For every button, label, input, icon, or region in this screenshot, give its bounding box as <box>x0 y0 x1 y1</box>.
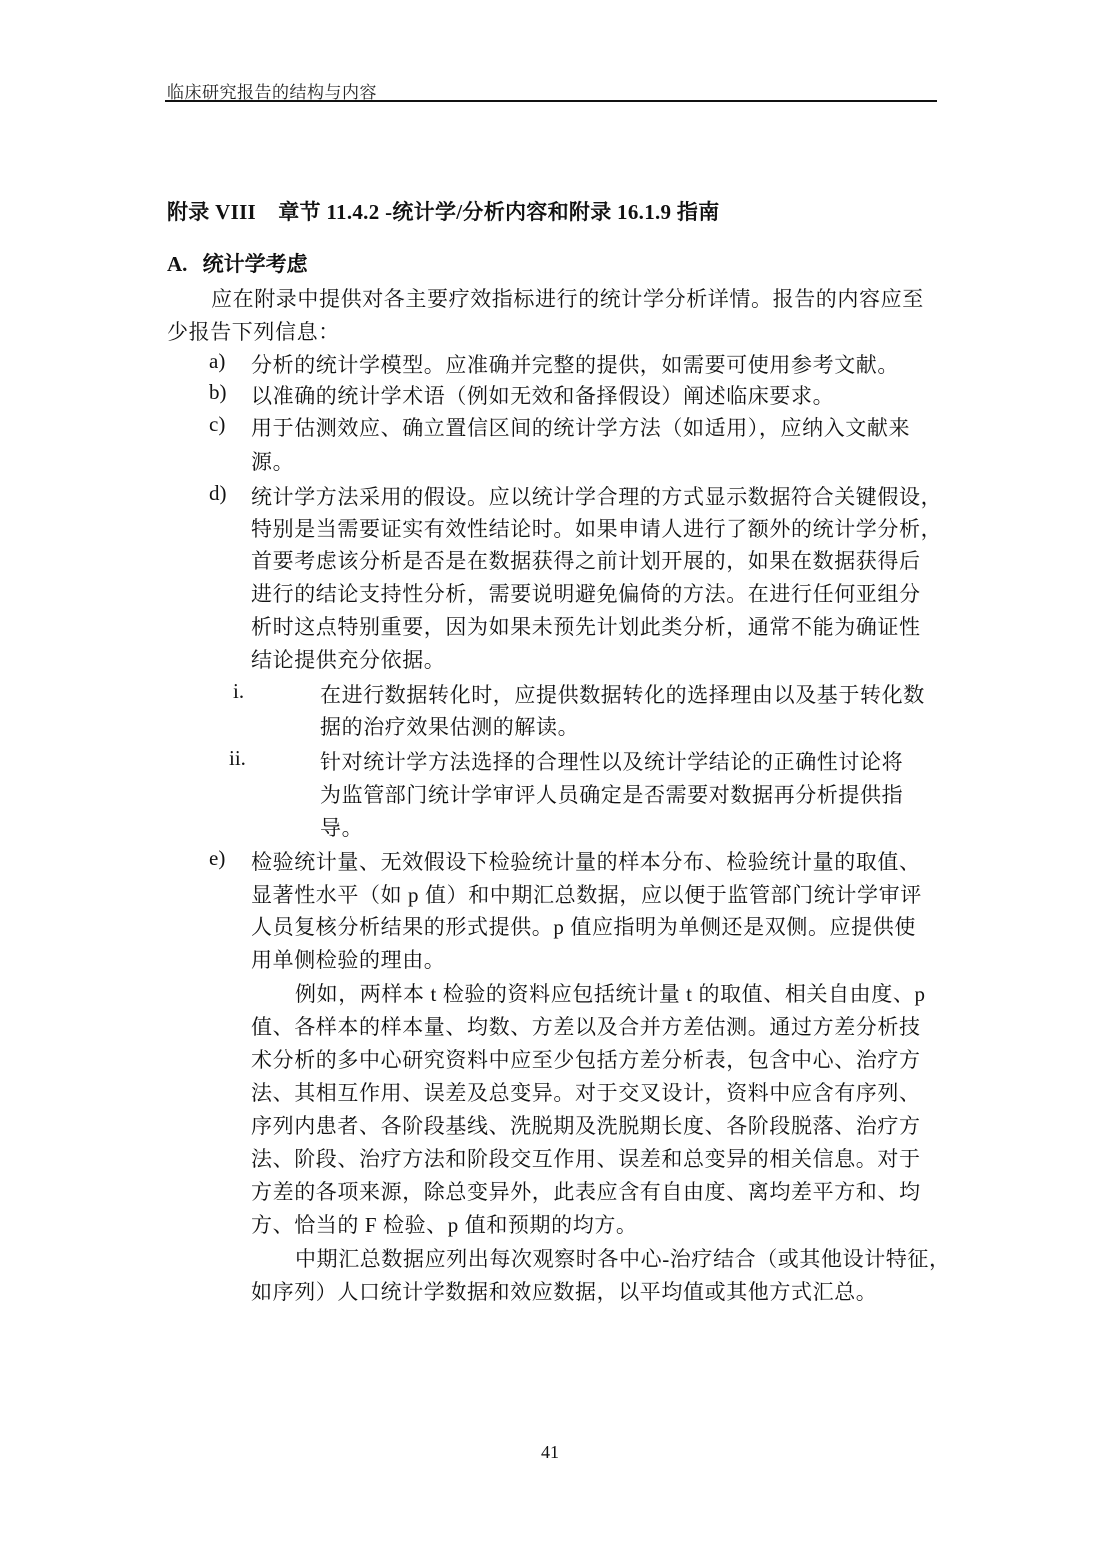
paragraph-line: 中期汇总数据应列出每次观察时各中心-治疗结合（或其他设计特征， <box>295 1243 951 1273</box>
list-marker: e) <box>209 846 225 871</box>
list-item-line: 统计学方法采用的假设。应以统计学合理的方式显示数据符合关键假设， <box>251 481 942 511</box>
list-item-line: 人员复核分析结果的形式提供。p 值应指明为单侧还是双侧。应提供使 <box>251 911 916 941</box>
sublist-item-line: 针对统计学方法选择的合理性以及统计学结论的正确性讨论将 <box>320 746 903 776</box>
section-heading: A. 统计学考虑 <box>167 248 308 278</box>
sublist-item-line: 在进行数据转化时，应提供数据转化的选择理由以及基于转化数 <box>320 679 925 709</box>
paragraph-line: 法、其相互作用、误差及总变异。对于交叉设计，资料中应含有序列、 <box>251 1077 921 1107</box>
page-number: 41 <box>541 1442 559 1463</box>
list-marker: c) <box>209 412 225 437</box>
list-item-line: 首要考虑该分析是否是在数据获得之前计划开展的，如果在数据获得后 <box>251 545 921 575</box>
paragraph-line: 序列内患者、各阶段基线、洗脱期及洗脱期长度、各阶段脱落、治疗方 <box>251 1110 921 1140</box>
header-divider <box>165 100 937 102</box>
list-item-line: 结论提供充分依据。 <box>251 644 445 674</box>
list-item-line: 用于估测效应、确立置信区间的统计学方法（如适用），应纳入文献来 <box>251 412 910 442</box>
list-item-line: 检验统计量、无效假设下检验统计量的样本分布、检验统计量的取值、 <box>251 846 921 876</box>
sublist-item-line: 为监管部门统计学审评人员确定是否需要对数据再分析提供指 <box>320 779 903 809</box>
section-label: A. <box>167 252 187 276</box>
list-item-line: 进行的结论支持性分析，需要说明避免偏倚的方法。在进行任何亚组分 <box>251 578 921 608</box>
list-item-line: 分析的统计学模型。应准确并完整的提供，如需要可使用参考文献。 <box>251 349 899 379</box>
list-item-line: 源。 <box>251 446 294 476</box>
paragraph-line: 术分析的多中心研究资料中应至少包括方差分析表，包含中心、治疗方 <box>251 1044 921 1074</box>
list-item-line: 析时这点特别重要，因为如果未预先计划此类分析，通常不能为确证性 <box>251 611 921 641</box>
paragraph-line: 例如，两样本 t 检验的资料应包括统计量 t 的取值、相关自由度、p <box>295 978 926 1008</box>
paragraph-line: 法、阶段、治疗方法和阶段交互作用、误差和总变异的相关信息。对于 <box>251 1143 921 1173</box>
sublist-item-line: 导。 <box>320 812 363 842</box>
intro-line: 少报告下列信息： <box>167 316 340 346</box>
paragraph-line: 如序列）人口统计学数据和效应数据，以平均值或其他方式汇总。 <box>251 1276 877 1306</box>
paragraph-line: 方、恰当的 F 检验、p 值和预期的均方。 <box>251 1209 638 1239</box>
paragraph-line: 方差的各项来源，除总变异外，此表应含有自由度、离均差平方和、均 <box>251 1176 921 1206</box>
list-item-line: 以准确的统计学术语（例如无效和备择假设）阐述临床要求。 <box>251 380 834 410</box>
intro-line: 应在附录中提供对各主要疗效指标进行的统计学分析详情。报告的内容应至 <box>211 283 924 313</box>
list-marker: a) <box>209 349 225 374</box>
list-marker: d) <box>209 481 227 506</box>
sublist-marker: ii. <box>229 746 246 771</box>
sublist-marker: i. <box>233 679 244 704</box>
list-item-line: 特别是当需要证实有效性结论时。如果申请人进行了额外的统计学分析， <box>251 513 942 543</box>
list-marker: b) <box>209 380 227 405</box>
sublist-item-line: 据的治疗效果估测的解读。 <box>320 711 579 741</box>
list-item-line: 显著性水平（如 p 值）和中期汇总数据，应以便于监管部门统计学审评 <box>251 879 922 909</box>
section-title: 统计学考虑 <box>203 252 308 276</box>
list-item-line: 用单侧检验的理由。 <box>251 944 445 974</box>
paragraph-line: 值、各样本的样本量、均数、方差以及合并方差估测。通过方差分析技 <box>251 1011 921 1041</box>
appendix-title: 附录 VIII 章节 11.4.2 -统计学/分析内容和附录 16.1.9 指南 <box>167 196 720 226</box>
